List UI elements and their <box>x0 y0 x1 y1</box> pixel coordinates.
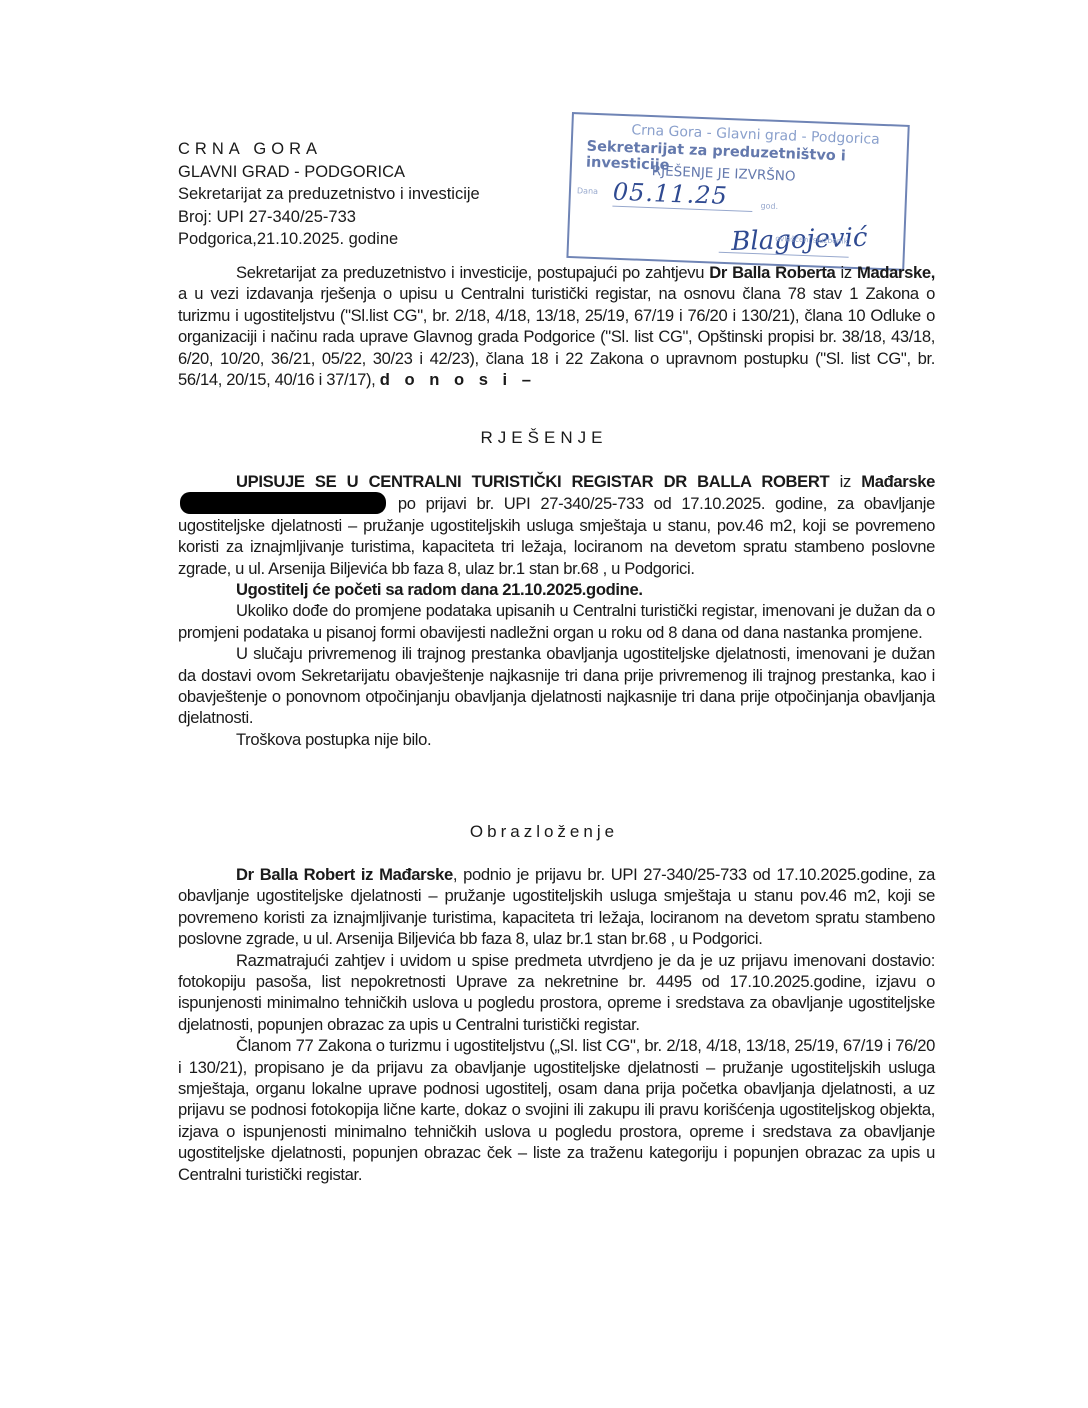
costs-statement: Troškova postupka nije bilo. <box>178 729 935 750</box>
intro-text-2: iz <box>835 263 857 282</box>
place-date: Podgorica,21.10.2025. godine <box>178 228 480 251</box>
intro-paragraph: Sekretarijat za preduzetnistvo i investi… <box>178 262 935 390</box>
country-name: CRNA GORA <box>178 138 480 161</box>
decision-title: RJEŠENJE <box>0 428 1088 448</box>
reasoning-title: Obrazloženje <box>0 822 1088 842</box>
stamp-date-label: Dana <box>577 186 598 196</box>
suspension-obligation: U slučaju privremenog ili trajnog presta… <box>178 643 935 729</box>
reasoning-applicant: Dr Balla Robert iz Mađarske <box>236 865 453 884</box>
decision-section: UPISUJE SE U CENTRALNI TURISTIČKI REGIST… <box>178 471 935 750</box>
secretariat-name: Sekretarijat za preduzetnistvo i investi… <box>178 183 480 206</box>
decision-lead: UPISUJE SE U CENTRALNI TURISTIČKI REGIST… <box>236 472 829 491</box>
applicant-country: Madarske, <box>857 263 935 282</box>
donosi-word: d o n o s i – <box>380 370 536 389</box>
executability-stamp: Crna Gora - Glavni grad - Podgorica Sekr… <box>566 112 909 271</box>
redaction-bar <box>180 492 386 514</box>
stamp-date: 05.11.25 <box>612 178 753 212</box>
city-name: GLAVNI GRAD - PODGORICA <box>178 161 480 184</box>
intro-text-1: Sekretarijat za preduzetnistvo i investi… <box>236 263 709 282</box>
document-page: CRNA GORA GLAVNI GRAD - PODGORICA Sekret… <box>0 0 1088 1408</box>
document-header: CRNA GORA GLAVNI GRAD - PODGORICA Sekret… <box>178 138 480 251</box>
applicant-name: Dr Balla Roberta <box>709 263 835 282</box>
intro-text-3: a u vezi izdavanja rješenja o upisu u Ce… <box>178 284 935 389</box>
reasoning-text-3: Članom 77 Zakona o turizmu i ugostiteljs… <box>178 1035 935 1185</box>
change-obligation: Ukoliko dođe do promjene podataka upisan… <box>178 600 935 643</box>
stamp-year-suffix: god. <box>760 201 778 211</box>
reasoning-text-2: Razmatrajući zahtjev i uvidom u spise pr… <box>178 950 935 1036</box>
document-number: Broj: UPI 27-340/25-733 <box>178 206 480 229</box>
decision-country: Mađarske <box>861 472 935 491</box>
decision-iz: iz <box>829 472 861 491</box>
reasoning-section: Dr Balla Robert iz Mađarske, podnio je p… <box>178 864 935 1185</box>
start-date-statement: Ugostitelj će početi sa radom dana 21.10… <box>236 580 643 599</box>
